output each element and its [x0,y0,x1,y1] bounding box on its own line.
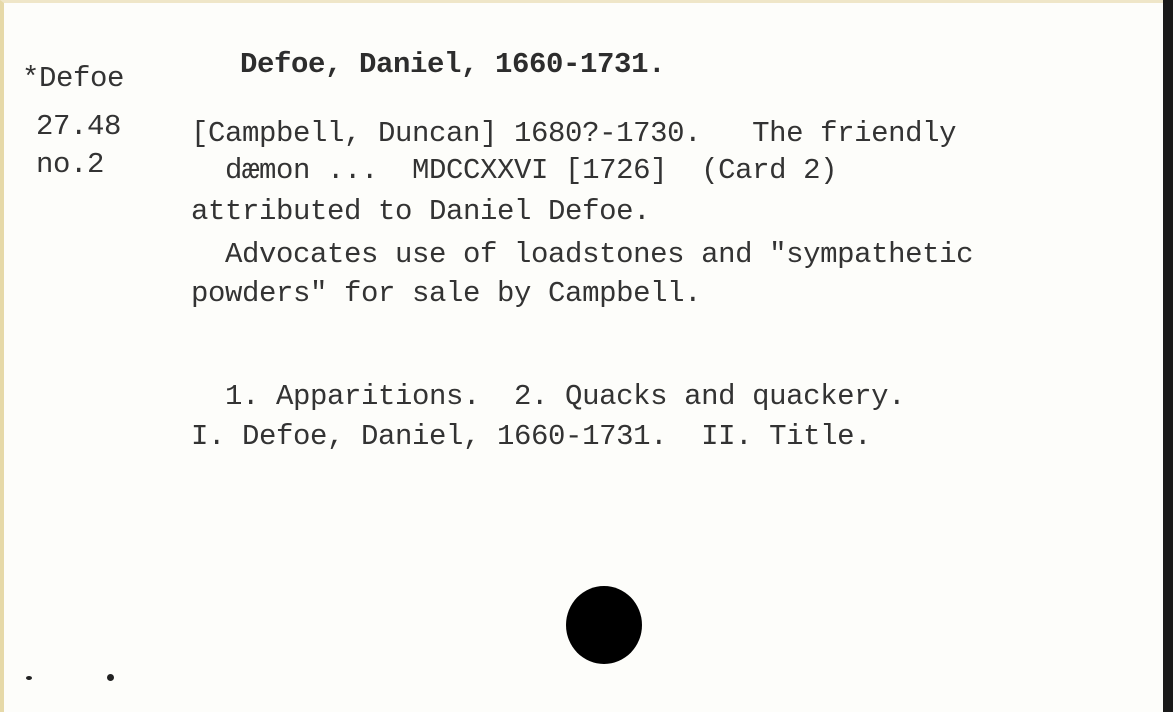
body-line-5: powders" for sale by Campbell. [191,278,701,310]
call-number-line-1: *Defoe [22,63,124,95]
call-number-line-3: no.2 [36,149,104,181]
body-line-2: dæmon ... MDCCXXVI [1726] (Card 2) [191,155,837,187]
speck-mark [107,674,114,681]
card-edge-shadow [1163,0,1173,712]
punch-hole-icon [566,586,642,664]
added-entry-tracings: I. Defoe, Daniel, 1660-1731. II. Title. [191,421,871,453]
catalog-card: *Defoe 27.48 no.2 Defoe, Daniel, 1660-17… [0,0,1163,712]
body-line-3: attributed to Daniel Defoe. [191,196,650,228]
subject-tracings: 1. Apparitions. 2. Quacks and quackery. [191,381,905,413]
body-line-4: Advocates use of loadstones and "sympath… [191,239,973,271]
call-number-line-2: 27.48 [36,111,121,143]
speck-mark [26,676,32,680]
body-line-1: [Campbell, Duncan] 1680?-1730. The frien… [191,118,956,150]
main-entry-heading: Defoe, Daniel, 1660-1731. [240,49,665,81]
